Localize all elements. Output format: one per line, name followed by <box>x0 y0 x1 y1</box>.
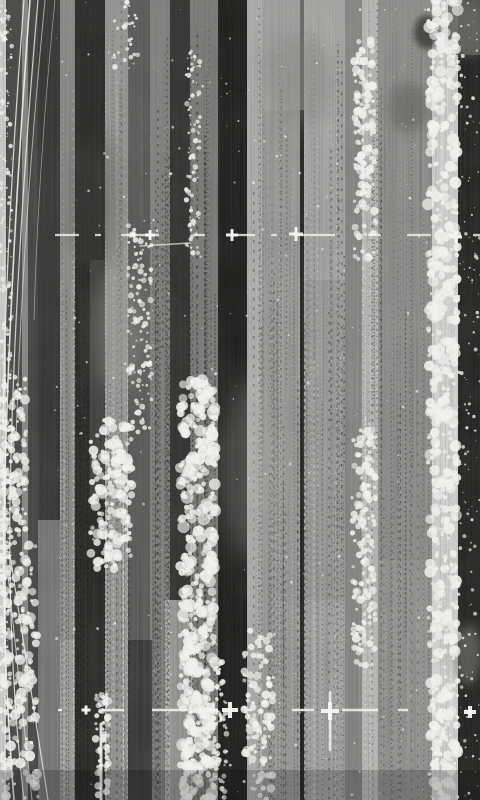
abstract-texture-image <box>0 0 480 800</box>
texture-layers <box>0 0 480 800</box>
bottom-shade <box>0 770 480 800</box>
texture-canvas <box>0 0 480 800</box>
film-grain-layer <box>0 0 480 800</box>
